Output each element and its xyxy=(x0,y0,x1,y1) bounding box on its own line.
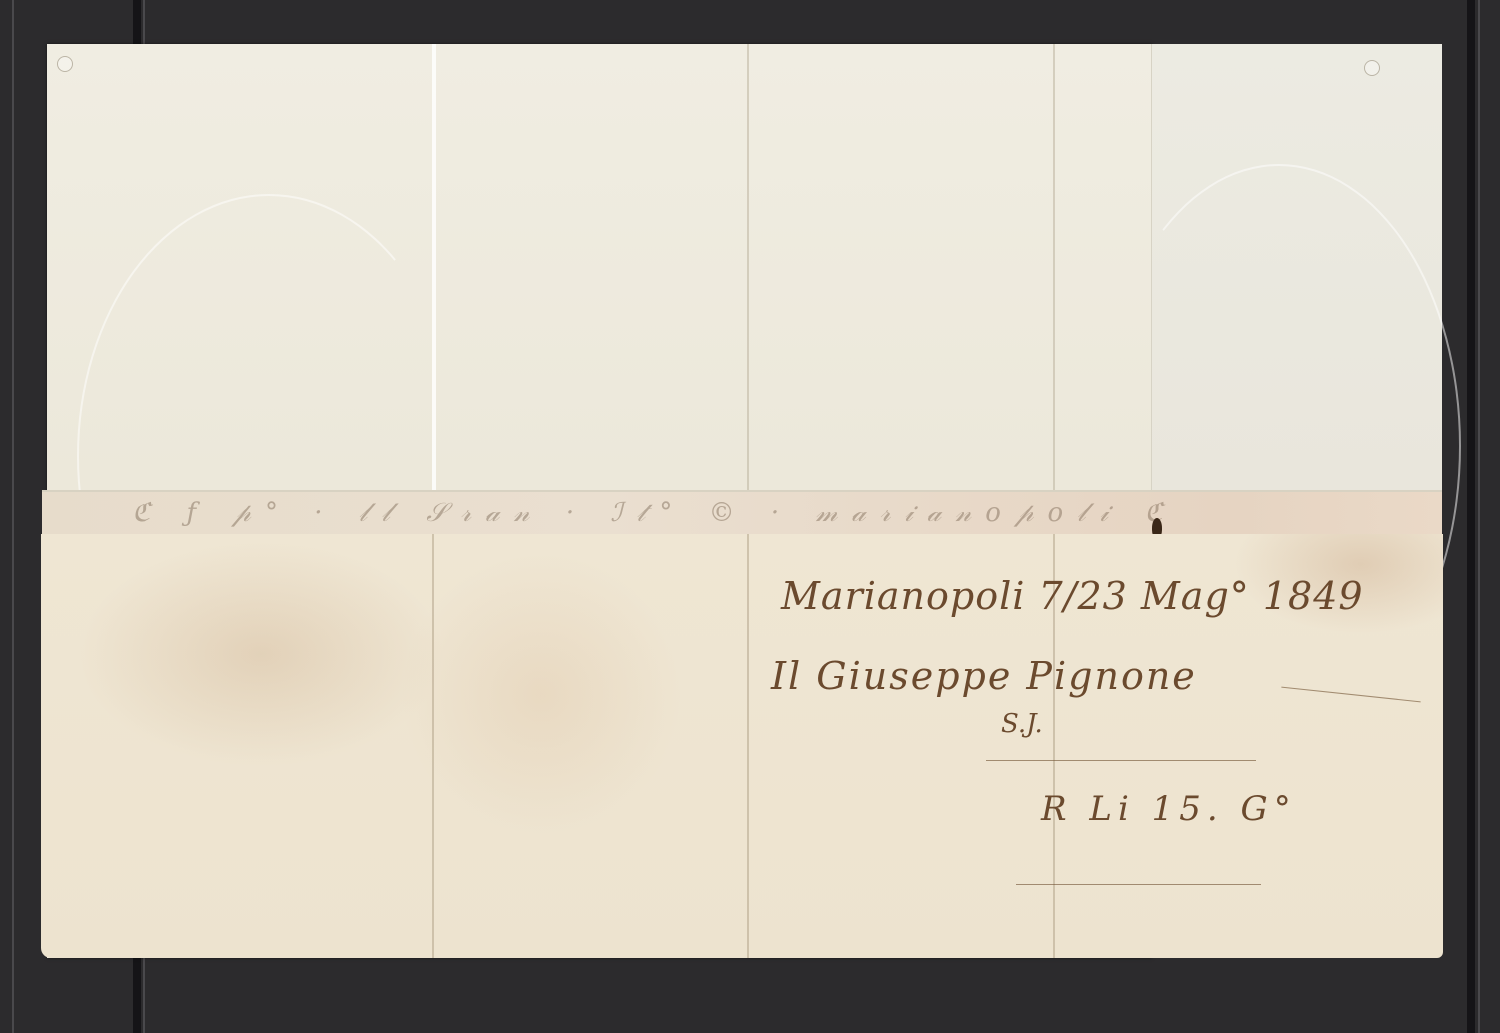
album-strip-line xyxy=(1478,0,1480,1033)
upper-panel xyxy=(47,44,1152,490)
docket-rule xyxy=(986,760,1256,761)
album-strip-line xyxy=(12,0,14,1033)
lower-panel: Marianopoli 7/23 Mag° 1849 Il Giuseppe P… xyxy=(41,534,1443,958)
docket-note: R Li 15. G° xyxy=(1041,789,1297,829)
punch-hole-left xyxy=(57,56,73,72)
album-strip-shadow xyxy=(1467,0,1475,1033)
docket-rule xyxy=(1016,884,1261,885)
fold-crease xyxy=(432,534,434,958)
folded-letter: ℭ ƒ 𝓅° · 𝓁𝓁 𝒮𝓇𝒶𝓃 · ℐ𝓉° © · 𝓂𝒶𝓇𝒾𝒶𝓃𝑜𝓅𝑜𝓁𝒾 ℭ… xyxy=(47,44,1152,958)
docket-sender: Il Giuseppe Pignone xyxy=(771,654,1197,698)
fold-crease xyxy=(1053,44,1055,490)
fold-band: ℭ ƒ 𝓅° · 𝓁𝓁 𝒮𝓇𝒶𝓃 · ℐ𝓉° © · 𝓂𝒶𝓇𝒾𝒶𝓃𝑜𝓅𝑜𝓁𝒾 ℭ xyxy=(42,490,1442,537)
punch-hole-right xyxy=(1364,60,1380,76)
docket-underline xyxy=(1281,687,1420,703)
docket-initials: S.J. xyxy=(1001,709,1043,739)
fold-crease xyxy=(747,534,749,958)
bleed-through-script: ℭ ƒ 𝓅° · 𝓁𝓁 𝒮𝓇𝒶𝓃 · ℐ𝓉° © · 𝓂𝒶𝓇𝒾𝒶𝓃𝑜𝓅𝑜𝓁𝒾 ℭ xyxy=(132,498,1177,529)
docket-place-date: Marianopoli 7/23 Mag° 1849 xyxy=(781,574,1364,618)
fold-crease xyxy=(747,44,749,490)
